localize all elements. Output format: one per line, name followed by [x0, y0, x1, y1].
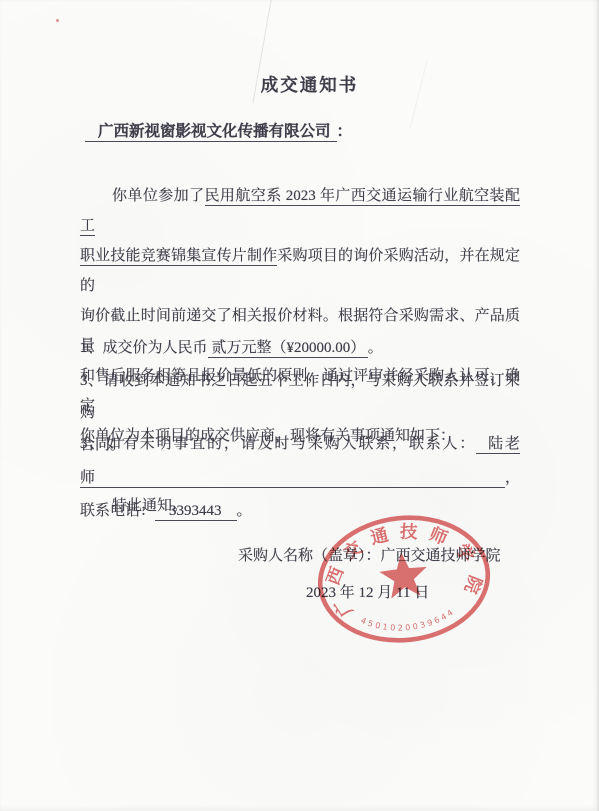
item-line: 3、请收到本通知书之日起五个工作日内，与采购人联系并签订采购	[80, 365, 520, 429]
item-text: ，	[505, 470, 520, 486]
price-underlined: 贰万元整（¥20000.00）	[208, 340, 368, 358]
project-name-underlined: 职业技能竞赛锦集宣传片制作	[80, 248, 277, 266]
addressee-company-name: 广西新视窗影视文化传播有限公司	[85, 123, 337, 142]
closing-line: 特此通知。	[80, 491, 520, 521]
document-title: 成交通知书	[0, 72, 599, 97]
paragraph-line: 职业技能竞赛锦集宣传片制作采购项目的询价采购活动，并在规定的	[80, 241, 520, 301]
seal-serial-number: 4501020039644	[359, 606, 459, 637]
item-text: 3、如有未明事宜的，请及时与采购人联系，联系人：	[80, 436, 476, 452]
item-text: 1、成交价为人民币	[80, 340, 208, 356]
addressee-line: 广西新视窗影视文化传播有限公司：	[85, 119, 352, 141]
signoff-label: 采购人名称（盖章）：	[238, 548, 381, 564]
item-text: 。	[368, 340, 383, 356]
scanned-notice-page: 成交通知书 广西新视窗影视文化传播有限公司： 你单位参加了民用航空系 2023 …	[0, 0, 599, 811]
paragraph-line: 你单位参加了民用航空系 2023 年广西交通运输行业航空装配工	[80, 181, 520, 241]
addressee-colon: ：	[337, 123, 353, 140]
seal-ring	[314, 510, 494, 649]
paragraph-text: 你单位参加了	[112, 188, 205, 204]
signoff-line: 采购人名称（盖章）：广西交通技师学院	[238, 545, 501, 567]
seal-org-text: 广西交通技师学院	[317, 513, 488, 622]
notice-item-price: 1、成交价为人民币贰万元整（¥20000.00）。	[80, 333, 520, 363]
scan-artifact-dot	[56, 19, 59, 22]
purchaser-org-name: 广西交通技师学院	[381, 548, 501, 564]
item-line: 3、如有未明事宜的，请及时与采购人联系，联系人：陆老师，	[80, 428, 520, 495]
signoff-date: 2023 年 12 月 11 日	[306, 581, 429, 602]
